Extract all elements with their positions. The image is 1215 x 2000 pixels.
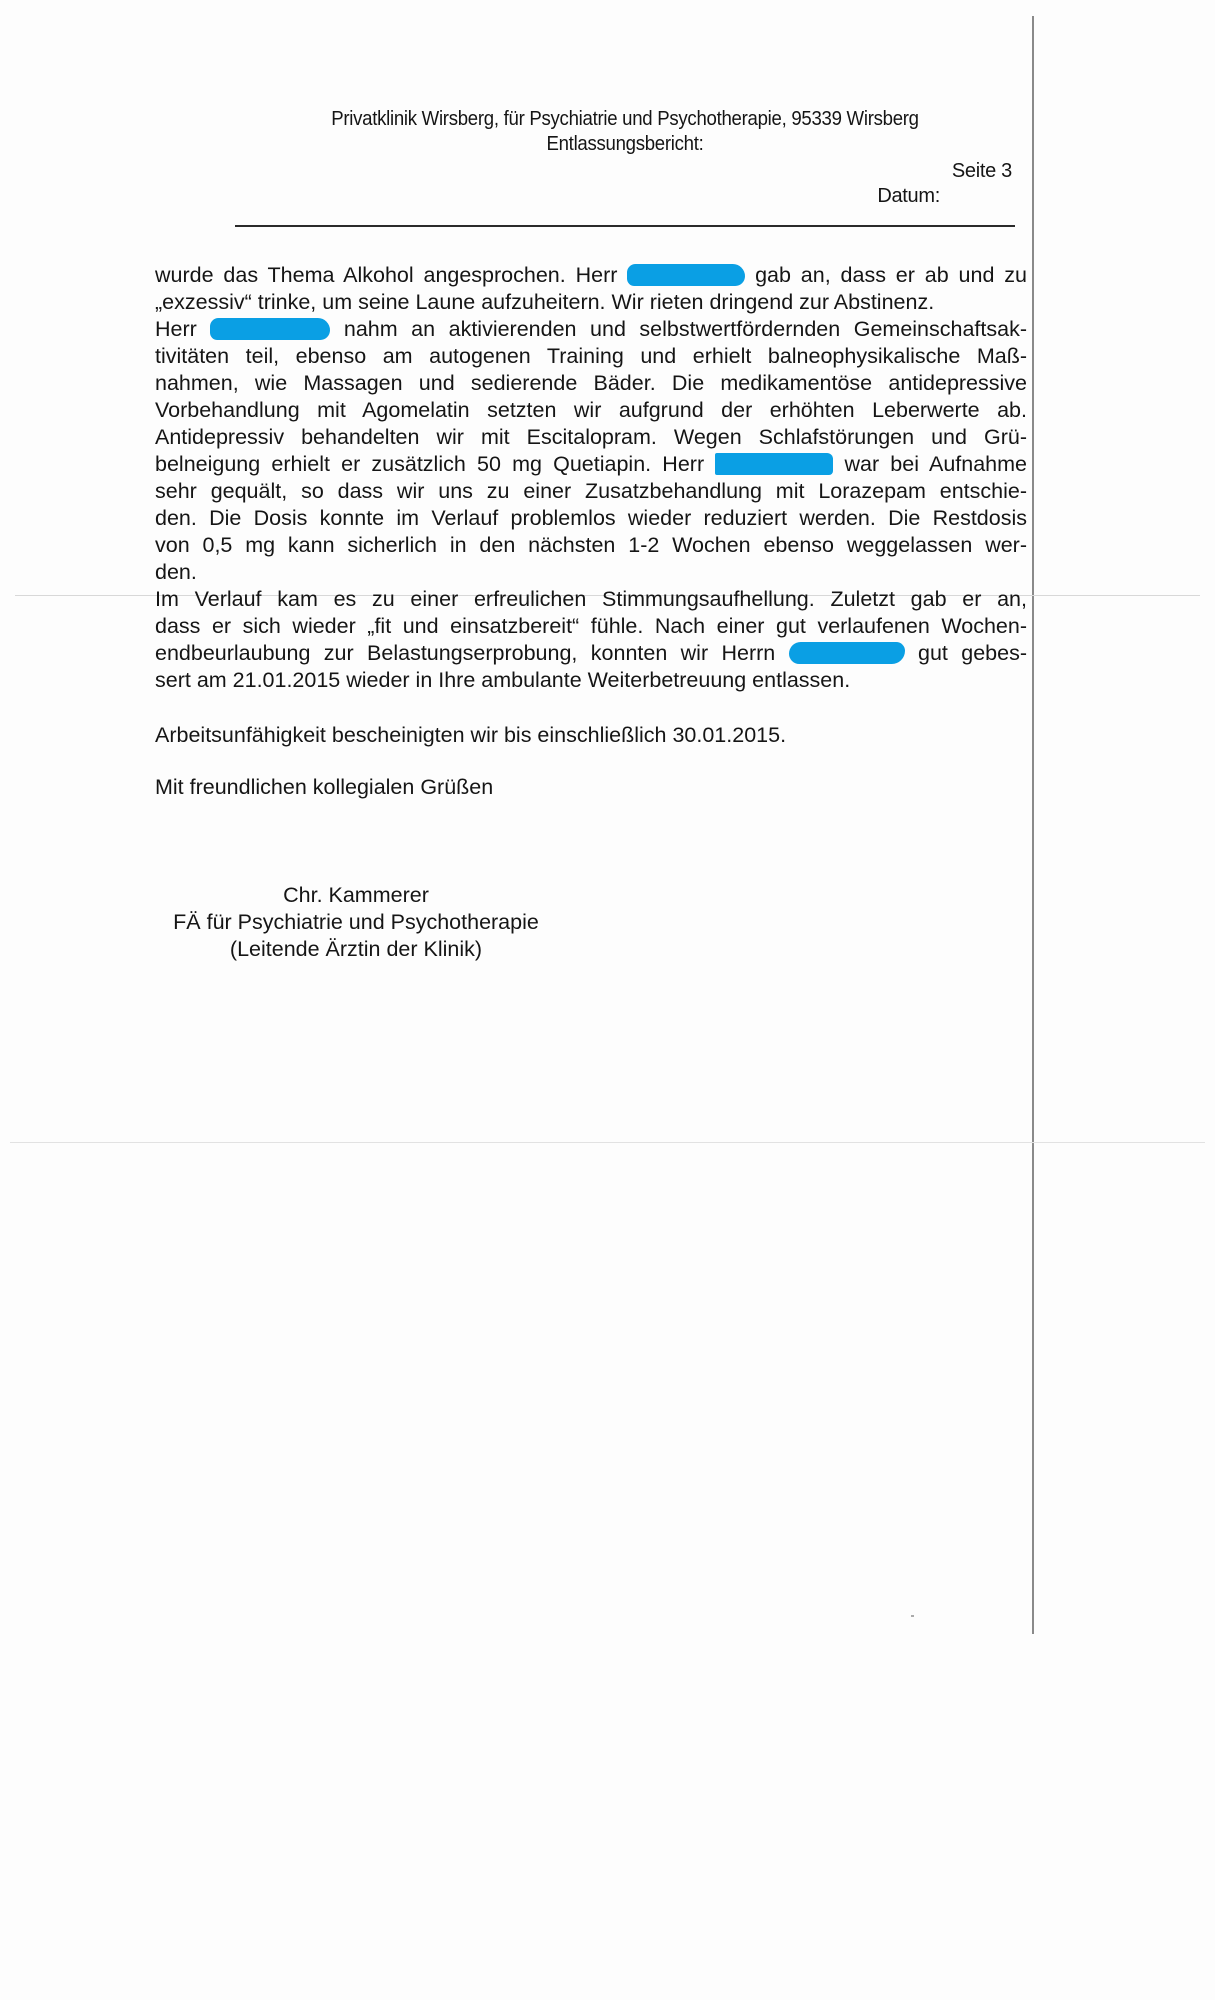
closing-salutation: Mit freundlichen kollegialen Grüßen bbox=[155, 774, 1027, 801]
body-line: Im Verlauf kam es zu einer erfreulichen … bbox=[155, 586, 1027, 613]
body-line: sert am 21.01.2015 wieder in Ihre ambula… bbox=[155, 667, 1027, 694]
paper-fold-line bbox=[10, 1142, 1205, 1143]
body-line: wurde das Thema Alkohol angesprochen. He… bbox=[155, 262, 1027, 289]
body-line: endbeurlaubung zur Belastungserprobung, … bbox=[155, 640, 1027, 667]
body-line: von 0,5 mg kann sicherlich in den nächst… bbox=[155, 532, 1027, 559]
body-line: Herr nahm an aktivierenden und selbstwer… bbox=[155, 316, 1027, 343]
redaction-mark bbox=[789, 642, 905, 664]
redaction-mark bbox=[627, 264, 745, 286]
signatory-name: Chr. Kammerer bbox=[155, 882, 557, 909]
signature-block: Chr. Kammerer FÄ für Psychiatrie und Psy… bbox=[155, 882, 557, 963]
body-line: Antidepressiv behandelten wir mit Escita… bbox=[155, 424, 1027, 451]
signatory-role: (Leitende Ärztin der Klinik) bbox=[155, 936, 557, 963]
body-line: tivitäten teil, ebenso am autogenen Trai… bbox=[155, 343, 1027, 370]
body-line: belneigung erhielt er zusätzlich 50 mg Q… bbox=[155, 451, 1027, 478]
scanned-letter-page: Privatklinik Wirsberg, für Psychiatrie u… bbox=[0, 0, 1215, 2000]
body-line: „exzessiv“ trinke, um seine Laune aufzuh… bbox=[155, 289, 1027, 316]
incapacity-statement: Arbeitsunfähigkeit bescheinigten wir bis… bbox=[155, 722, 1027, 749]
report-type: Entlassungsbericht: bbox=[262, 133, 987, 156]
header-rule bbox=[235, 225, 1015, 227]
body-line: den. Die Dosis konnte im Verlauf problem… bbox=[155, 505, 1027, 532]
body-paragraph: wurde das Thema Alkohol angesprochen. He… bbox=[155, 262, 1027, 694]
body-line: Vorbehandlung mit Agomelatin setzten wir… bbox=[155, 397, 1027, 424]
body-line: sehr gequält, so dass wir uns zu einer Z… bbox=[155, 478, 1027, 505]
scan-speck bbox=[911, 1615, 914, 1617]
report-body: wurde das Thema Alkohol angesprochen. He… bbox=[155, 262, 1027, 694]
clinic-name: Privatklinik Wirsberg, für Psychiatrie u… bbox=[262, 108, 987, 131]
scan-margin-line bbox=[1032, 16, 1034, 1634]
body-line: dass er sich wieder „fit und einsatzbere… bbox=[155, 613, 1027, 640]
body-line: den. bbox=[155, 559, 1027, 586]
body-line: nahmen, wie Massagen und sedierende Bäde… bbox=[155, 370, 1027, 397]
redaction-mark bbox=[715, 453, 833, 475]
date-label: Datum: bbox=[877, 185, 940, 208]
page-number: Seite 3 bbox=[952, 160, 1012, 183]
redaction-mark bbox=[210, 318, 330, 340]
signatory-title: FÄ für Psychiatrie und Psychotherapie bbox=[155, 909, 557, 936]
